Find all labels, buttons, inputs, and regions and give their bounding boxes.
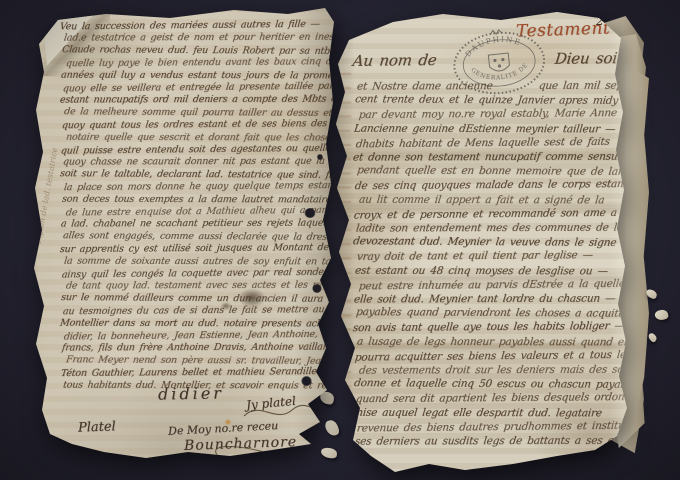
manuscript-line: vray doit de tant et quil tient par legl… bbox=[356, 249, 593, 263]
manuscript-line: quoy chasse ne scaurait donner nit pas e… bbox=[62, 156, 373, 168]
manuscript-line: Montellier dans sa mort au dud. notaire … bbox=[59, 317, 342, 329]
manuscript-line: estant nuncupatifs ord mil deniers a com… bbox=[59, 94, 340, 106]
worm-hole bbox=[312, 284, 322, 293]
manuscript-line: de lune estre enquise dot a Mathieu alhe… bbox=[65, 205, 338, 219]
manuscript-line: années quil luy a vendus estant tous jou… bbox=[60, 69, 356, 81]
manuscript-line: pendant quelle est en bonne memoire que … bbox=[356, 164, 634, 178]
manuscript-line: au lit comme il appert a fait et a signé… bbox=[358, 193, 605, 206]
manuscript-line: et Nostre dame ancienne que lan mil sept… bbox=[356, 80, 643, 93]
worm-hole bbox=[317, 154, 323, 160]
manuscript-line: quil puisse estre entendu soit des agest… bbox=[60, 142, 352, 156]
manuscript-line: au tesmoignes du cas de si dans le fait … bbox=[62, 304, 357, 317]
manuscript-line: alles sont engagés, comme aussi declarée… bbox=[62, 230, 337, 243]
worm-hole bbox=[304, 208, 316, 218]
manuscript-line: dhabits habitant de Mens laquelle sest d… bbox=[355, 135, 610, 150]
manuscript-line: est estant ou 48 cinq moyses de lesglise… bbox=[354, 264, 608, 277]
manuscript-line: quoy elle se veillera et entregée la pre… bbox=[62, 81, 334, 95]
manuscript-line: elle soit dud. Meynier tant lordre du ch… bbox=[353, 293, 616, 306]
manuscript-line: a lad. chabanel ne scachant petitieur se… bbox=[60, 218, 335, 230]
manuscript-line: devozestant dud. Meynier la veuve dans l… bbox=[352, 235, 617, 249]
manuscript-line: Téton Gauthier, Laurens bellet et mathie… bbox=[60, 366, 317, 379]
manuscript-line: ainsy quil les congés la coquette avec p… bbox=[61, 267, 338, 281]
manuscript-line: la place son mors donne he quoy quelque … bbox=[63, 180, 337, 193]
manuscript-line: Veu la succession des mariées aussi autr… bbox=[59, 19, 320, 33]
manuscript-line: ses derniers au susdits legs de battants… bbox=[354, 434, 677, 447]
manuscript-line: de la melheure somme quil pourra tailler… bbox=[63, 106, 332, 119]
left-page-paper: exp.on de lad. testatrice Veu la success… bbox=[20, 6, 338, 464]
left-page: exp.on de lad. testatrice Veu la success… bbox=[20, 6, 338, 464]
manuscript-line: quelle luy paye le bien entendu avant le… bbox=[65, 56, 364, 69]
manuscript-line: Franc Meyer nend son père aussi sr. trav… bbox=[65, 354, 327, 367]
manuscript-photo: exp.on de lad. testatrice Veu la success… bbox=[0, 0, 680, 480]
paper-fragment bbox=[647, 332, 658, 343]
manuscript-line: cent trente deux et le quinze Janvier ap… bbox=[354, 93, 618, 107]
right-page-paper: p.r lens lemuid X Testament 2 DAUPHINE bbox=[333, 4, 647, 476]
manuscript-line: didier, la bonneheure, Jean Estienne, Je… bbox=[63, 329, 349, 343]
manuscript-line: soit sur le taltable, declarant lad. tes… bbox=[59, 168, 343, 181]
manuscript-line: notaire quelle que sescrit et dorant fai… bbox=[65, 131, 336, 143]
manuscript-line: donne et laquelle cinq 50 escus ou chasc… bbox=[353, 377, 657, 391]
manuscript-line: francs, fils dun frère Anthoine Dravis, … bbox=[61, 342, 333, 354]
manuscript-line: lad.e testatrice a geist de nom et pour … bbox=[63, 32, 346, 44]
signature-flourish-icon bbox=[242, 404, 332, 424]
manuscript-line: Claude rochas neveu dud. feu Louis Rober… bbox=[61, 44, 340, 57]
worm-hole bbox=[301, 376, 312, 386]
manuscript-line: son avis tant quelle aye tous les habits… bbox=[352, 320, 625, 334]
notary-paraph-icon bbox=[178, 446, 328, 472]
signature-didier: didier bbox=[158, 383, 224, 403]
manuscript-line: a lusage de legs honneur payables aussi … bbox=[356, 335, 652, 348]
manuscript-line: payables quand parviendront les choses a… bbox=[355, 306, 680, 320]
manuscript-line: croyx et de personne et recommandé son a… bbox=[353, 206, 645, 221]
signature-platel: Platel bbox=[78, 419, 116, 435]
right-page: p.r lens lemuid X Testament 2 DAUPHINE bbox=[333, 4, 647, 476]
manuscript-line: quoy quant tous les ordres estant et de … bbox=[61, 118, 357, 131]
manuscript-line: et donne son testament nuncupatif comme … bbox=[352, 151, 625, 164]
right-page-text: Au nom de Dieu soit fait amenet Nostre d… bbox=[333, 4, 647, 476]
manuscript-line: pourra acquitter ses biens les valeurs e… bbox=[354, 348, 660, 363]
manuscript-line: peut estre inhumée au parvis dEstrée a l… bbox=[358, 277, 625, 292]
manuscript-line: la somme de soixante aussi autres de soy… bbox=[63, 255, 356, 267]
manuscript-line: Lancienne genuine dEstienne meynier tail… bbox=[353, 122, 616, 135]
manuscript-line: de tant quoy lad. testament avec ses act… bbox=[65, 280, 338, 292]
manuscript-line: sur apprentis cy est utilisé soit jusque… bbox=[59, 242, 329, 255]
manuscript-line: des vestements droit sur les deniers mai… bbox=[358, 363, 663, 376]
paper-fragment bbox=[654, 308, 669, 321]
manuscript-line: mise auquel legat elle despartit dud. le… bbox=[352, 406, 602, 419]
manuscript-line: Au nom de Dieu soit fait amen bbox=[352, 48, 680, 70]
manuscript-line: revenue des biens dautres prudhommes et … bbox=[356, 419, 636, 434]
manuscript-line: de ses cinq quoyques malade dans le corp… bbox=[354, 178, 634, 192]
manuscript-line: son deces tous exemptes a la dame lautre… bbox=[61, 193, 331, 205]
manuscript-line: quand sera dit apartient les biens desqu… bbox=[355, 391, 648, 405]
manuscript-line: par devant moy no.re royal estably, Mari… bbox=[358, 107, 617, 121]
manuscript-line: ladite son entendement mes des communes … bbox=[355, 222, 623, 235]
